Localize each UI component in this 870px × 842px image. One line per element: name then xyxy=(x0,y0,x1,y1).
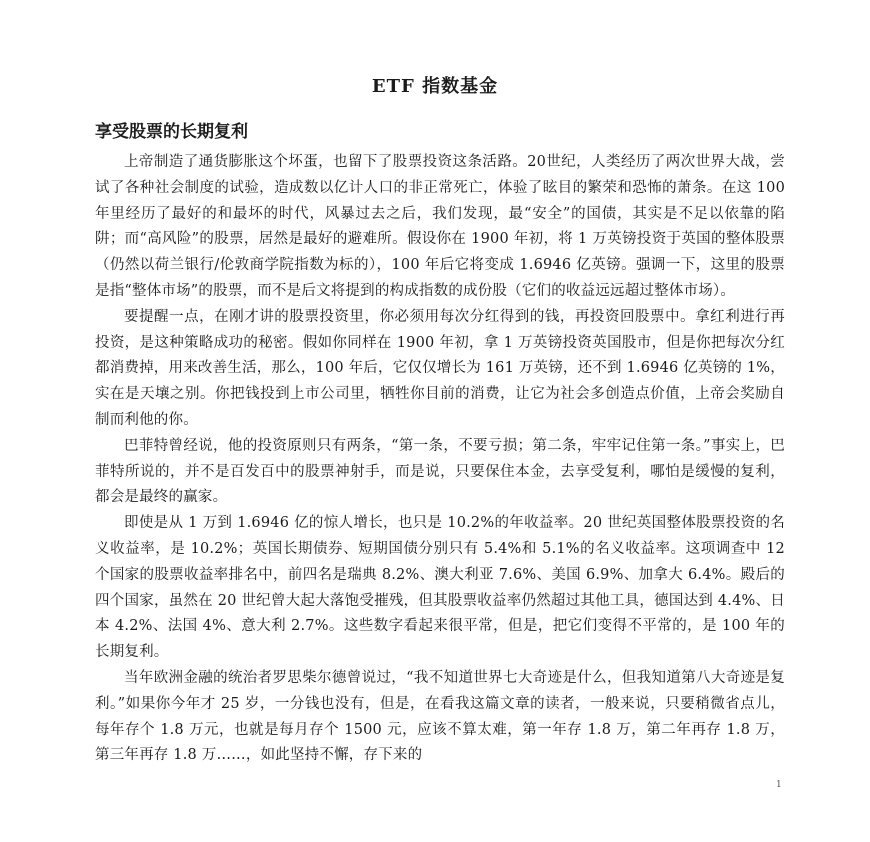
paragraph-2: 要提醒一点，在刚才讲的股票投资里，你必须用每次分红得到的钱，再投资回股票中。拿红… xyxy=(95,305,785,434)
section-heading: 享受股票的长期复利 xyxy=(95,117,248,142)
body-text: 上帝制造了通货膨胀这个坏蛋，也留下了股票投资这条活路。20世纪，人类经历了两次世… xyxy=(95,150,785,769)
paragraph-4: 即使是从 1 万到 1.6946 亿的惊人增长，也只是 10.2%的年收益率。2… xyxy=(95,511,785,666)
page-number: 1 xyxy=(776,780,782,790)
paragraph-5: 当年欧洲金融的统治者罗思柴尔德曾说过，“我不知道世界七大奇迹是什么，但我知道第八… xyxy=(95,666,785,769)
document-page: ETF 指数基金 享受股票的长期复利 上帝制造了通货膨胀这个坏蛋，也留下了股票投… xyxy=(0,0,870,842)
document-title: ETF 指数基金 xyxy=(0,72,870,98)
paragraph-3: 巴菲特曾经说，他的投资原则只有两条，“第一条，不要亏损；第二条，牢牢记住第一条。… xyxy=(95,434,785,511)
paragraph-1: 上帝制造了通货膨胀这个坏蛋，也留下了股票投资这条活路。20世纪，人类经历了两次世… xyxy=(95,150,785,305)
